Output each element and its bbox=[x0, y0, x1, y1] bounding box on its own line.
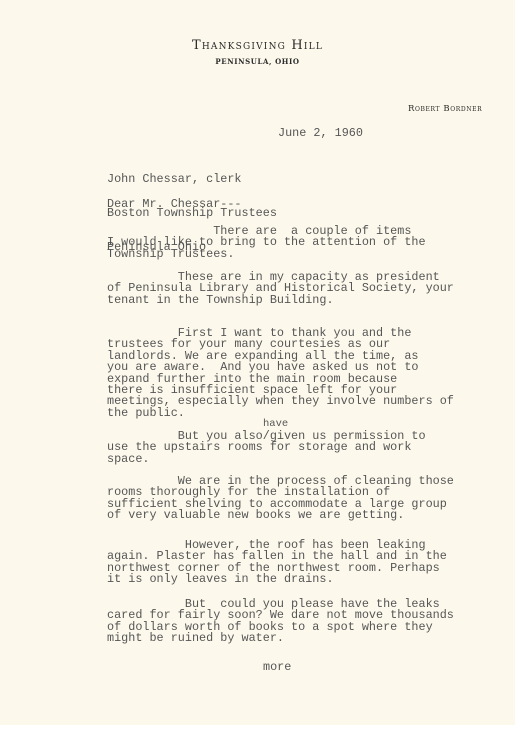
paragraph: We are in the process of cleaning those … bbox=[107, 476, 454, 522]
paragraph: But could you please have the leaks care… bbox=[107, 599, 454, 645]
continuation-note: more bbox=[263, 662, 291, 673]
paragraph: First I want to thank you and the truste… bbox=[107, 328, 454, 419]
letter-page: Thanksgiving Hill PENINSULA, OHIO Robert… bbox=[0, 0, 515, 725]
paragraph: However, the roof has been leaking again… bbox=[107, 540, 447, 586]
letter-date: June 2, 1960 bbox=[278, 128, 363, 139]
letterhead-sender-name: Robert Bordner bbox=[408, 104, 482, 114]
paragraph: There are a couple of items I would like… bbox=[107, 226, 426, 260]
salutation: Dear Mr. Chessar--- bbox=[107, 199, 242, 210]
paragraph: But you also/given us permission to use … bbox=[107, 431, 426, 465]
recipient-line: John Chessar, clerk bbox=[107, 174, 277, 185]
letterhead-title: Thanksgiving Hill bbox=[0, 38, 515, 53]
letterhead-location: PENINSULA, OHIO bbox=[0, 57, 515, 66]
paragraph: These are in my capacity as president of… bbox=[107, 272, 454, 306]
